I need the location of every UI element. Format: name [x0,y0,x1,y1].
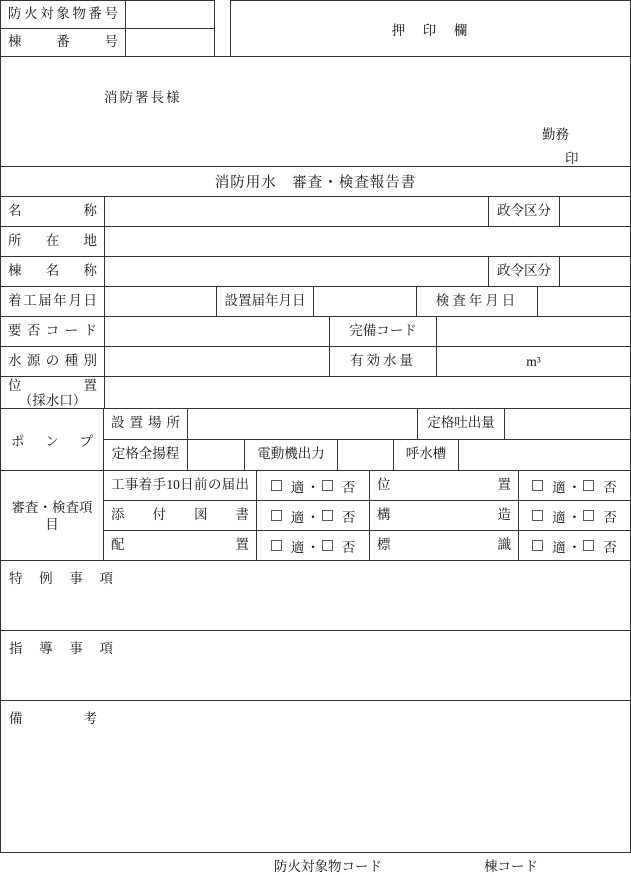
water-volume-unit: m³ [526,354,541,370]
inspection-item-label: 位置 [369,471,518,500]
fail-checkbox[interactable] [322,480,333,491]
remarks-section[interactable]: 備考 [1,700,630,852]
gov-class-field[interactable] [559,197,630,226]
guidance-items-label: 指導事項 [9,637,113,657]
seal-box-label: 押 印 欄 [392,19,470,39]
building-name-label: 棟名称 [1,257,104,286]
pump-motor-field[interactable] [337,440,393,470]
intake-location-label-line2: （採水口） [8,393,97,408]
water-volume-label: 有効水量 [329,347,436,376]
fail-label: 否 [603,506,617,526]
fire-object-number-row: 防火対象物番号 [1,1,214,28]
building-number-field[interactable] [126,29,214,56]
name-field[interactable] [104,197,488,226]
water-volume-field[interactable]: m³ [436,347,630,376]
id-box: 防火対象物番号 棟番号 [0,0,215,57]
seal-mark: 印 [565,147,579,167]
inspect-date-label: 検査年月日 [416,287,537,316]
inspect-date-field[interactable] [537,287,630,316]
footer: 防火対象物コード 棟コード [0,853,631,871]
form-body: 消防署長様 勤務 印 消防用水 審査・検査報告書 名称 政令区分 所在地 棟名称… [0,56,631,853]
fire-object-code-label: 防火対象物コード [274,855,382,875]
remarks-label: 備考 [9,707,97,727]
inspection-section-label: 審査・検査項目 [1,471,104,560]
name-row: 名称 政令区分 [1,196,630,226]
separator-dot: ・ [306,536,320,556]
addressee-label: 消防署長様 [104,86,182,106]
pass-label: 適 [291,506,305,526]
form-title: 消防用水 審査・検査報告書 [215,171,417,192]
pump-head-label: 定格全揚程 [104,440,187,470]
address-label: 所在地 [1,227,104,256]
top-spacer [215,0,230,57]
pass-fail-cell: 適・否 [256,531,369,560]
pump-priming-tank-field[interactable] [458,440,630,470]
pass-fail-cell: 適・否 [518,471,630,500]
fail-checkbox[interactable] [583,510,594,521]
fail-checkbox[interactable] [322,540,333,551]
pass-checkbox[interactable] [532,510,543,521]
pump-section-body: 設置場所 定格吐出量 定格全揚程 電動機出力 呼水槽 [104,409,630,470]
pass-fail-cell: 適・否 [256,501,369,530]
duty-label: 勤務 [542,123,569,143]
inspection-label: 審査・検査項目 [10,499,94,533]
need-code-label: 要否コード [1,317,104,346]
pass-label: 適 [291,536,305,556]
building-number-label: 棟番号 [1,29,126,56]
title-row: 消防用水 審査・検査報告書 [1,166,630,196]
start-date-field[interactable] [104,287,216,316]
pass-checkbox[interactable] [271,480,282,491]
separator-dot: ・ [568,506,582,526]
pass-label: 適 [552,506,566,526]
fail-label: 否 [342,476,356,496]
special-provisions-section[interactable]: 特例事項 [1,560,630,630]
pass-fail-cell: 適・否 [518,501,630,530]
pump-section: ポンプ 設置場所 定格吐出量 定格全揚程 電動機出力 呼水槽 [1,408,630,470]
install-date-field[interactable] [313,287,416,316]
pass-checkbox[interactable] [532,480,543,491]
fail-checkbox[interactable] [583,540,594,551]
report-form-page: 防火対象物番号 棟番号 押 印 欄 消防署長様 勤務 印 消防用水 審査・検査報… [0,0,631,871]
building-name-row: 棟名称 政令区分 [1,256,630,286]
inspection-row-3: 配置 適・否 標識 適・否 [104,530,630,560]
fire-object-number-field[interactable] [126,1,214,28]
dates-row: 着工届年月日 設置届年月日 検査年月日 [1,286,630,316]
complete-code-label: 完備コード [329,317,436,346]
separator-dot: ・ [306,506,320,526]
building-gov-class-field[interactable] [559,257,630,286]
pump-head-field[interactable] [187,440,244,470]
fail-label: 否 [342,536,356,556]
fail-checkbox[interactable] [322,510,333,521]
start-date-label: 着工届年月日 [1,287,104,316]
pump-row-2: 定格全揚程 電動機出力 呼水槽 [104,439,630,470]
inspection-item-label: 構造 [369,501,518,530]
address-field[interactable] [104,227,630,256]
water-source-label: 水源の種別 [1,347,104,376]
pump-priming-tank-label: 呼水槽 [393,440,458,470]
intake-location-label-line1: 位置 [8,378,97,393]
building-code-label: 棟コード [484,855,538,875]
separator-dot: ・ [568,536,582,556]
inspection-item-label: 標識 [369,531,518,560]
need-code-field[interactable] [104,317,329,346]
pump-discharge-field[interactable] [504,409,630,439]
building-name-field[interactable] [104,257,488,286]
greeting-area: 消防署長様 勤務 印 [1,57,630,166]
building-gov-class-label: 政令区分 [488,257,559,286]
inspection-row-2: 添付図書 適・否 構造 適・否 [104,500,630,530]
pass-fail-cell: 適・否 [256,471,369,500]
water-source-field[interactable] [104,347,329,376]
pass-fail-cell: 適・否 [518,531,630,560]
pump-place-field[interactable] [187,409,417,439]
inspection-section-body: 工事着手10日前の届出 適・否 位置 適・否 添付図書 適・否 構造 [104,471,630,560]
special-provisions-label: 特例事項 [9,567,113,587]
fail-label: 否 [603,476,617,496]
pass-label: 適 [552,476,566,496]
inspection-section: 審査・検査項目 工事着手10日前の届出 適・否 位置 適・否 添付図書 [1,470,630,560]
seal-box[interactable]: 押 印 欄 [230,0,631,57]
inspection-item-label: 配置 [104,531,256,560]
intake-location-row: 位置 （採水口） [1,376,630,408]
separator-dot: ・ [306,476,320,496]
pump-place-label: 設置場所 [104,409,187,439]
inspection-item-label: 工事着手10日前の届出 [104,471,256,500]
pass-checkbox[interactable] [532,540,543,551]
pump-row-1: 設置場所 定格吐出量 [104,409,630,439]
separator-dot: ・ [568,476,582,496]
inspection-row-1: 工事着手10日前の届出 適・否 位置 適・否 [104,471,630,500]
pump-section-label: ポンプ [1,409,104,470]
pass-checkbox[interactable] [271,540,282,551]
pump-discharge-label: 定格吐出量 [417,409,504,439]
address-row: 所在地 [1,226,630,256]
fail-checkbox[interactable] [583,480,594,491]
pass-label: 適 [552,536,566,556]
pass-checkbox[interactable] [271,510,282,521]
water-source-row: 水源の種別 有効水量 m³ [1,346,630,376]
pump-label: ポンプ [1,430,103,450]
guidance-items-section[interactable]: 指導事項 [1,630,630,700]
complete-code-field[interactable] [436,317,630,346]
pass-label: 適 [291,476,305,496]
need-code-row: 要否コード 完備コード [1,316,630,346]
intake-location-label: 位置 （採水口） [1,377,104,408]
fail-label: 否 [603,536,617,556]
inspection-item-label: 添付図書 [104,501,256,530]
gov-class-label: 政令区分 [488,197,559,226]
top-area: 防火対象物番号 棟番号 押 印 欄 [0,0,631,57]
building-number-row: 棟番号 [1,28,214,56]
fail-label: 否 [342,506,356,526]
name-label: 名称 [1,197,104,226]
pump-motor-label: 電動機出力 [244,440,337,470]
fire-object-number-label: 防火対象物番号 [1,1,126,28]
install-date-label: 設置届年月日 [216,287,313,316]
intake-location-field[interactable] [104,377,630,408]
